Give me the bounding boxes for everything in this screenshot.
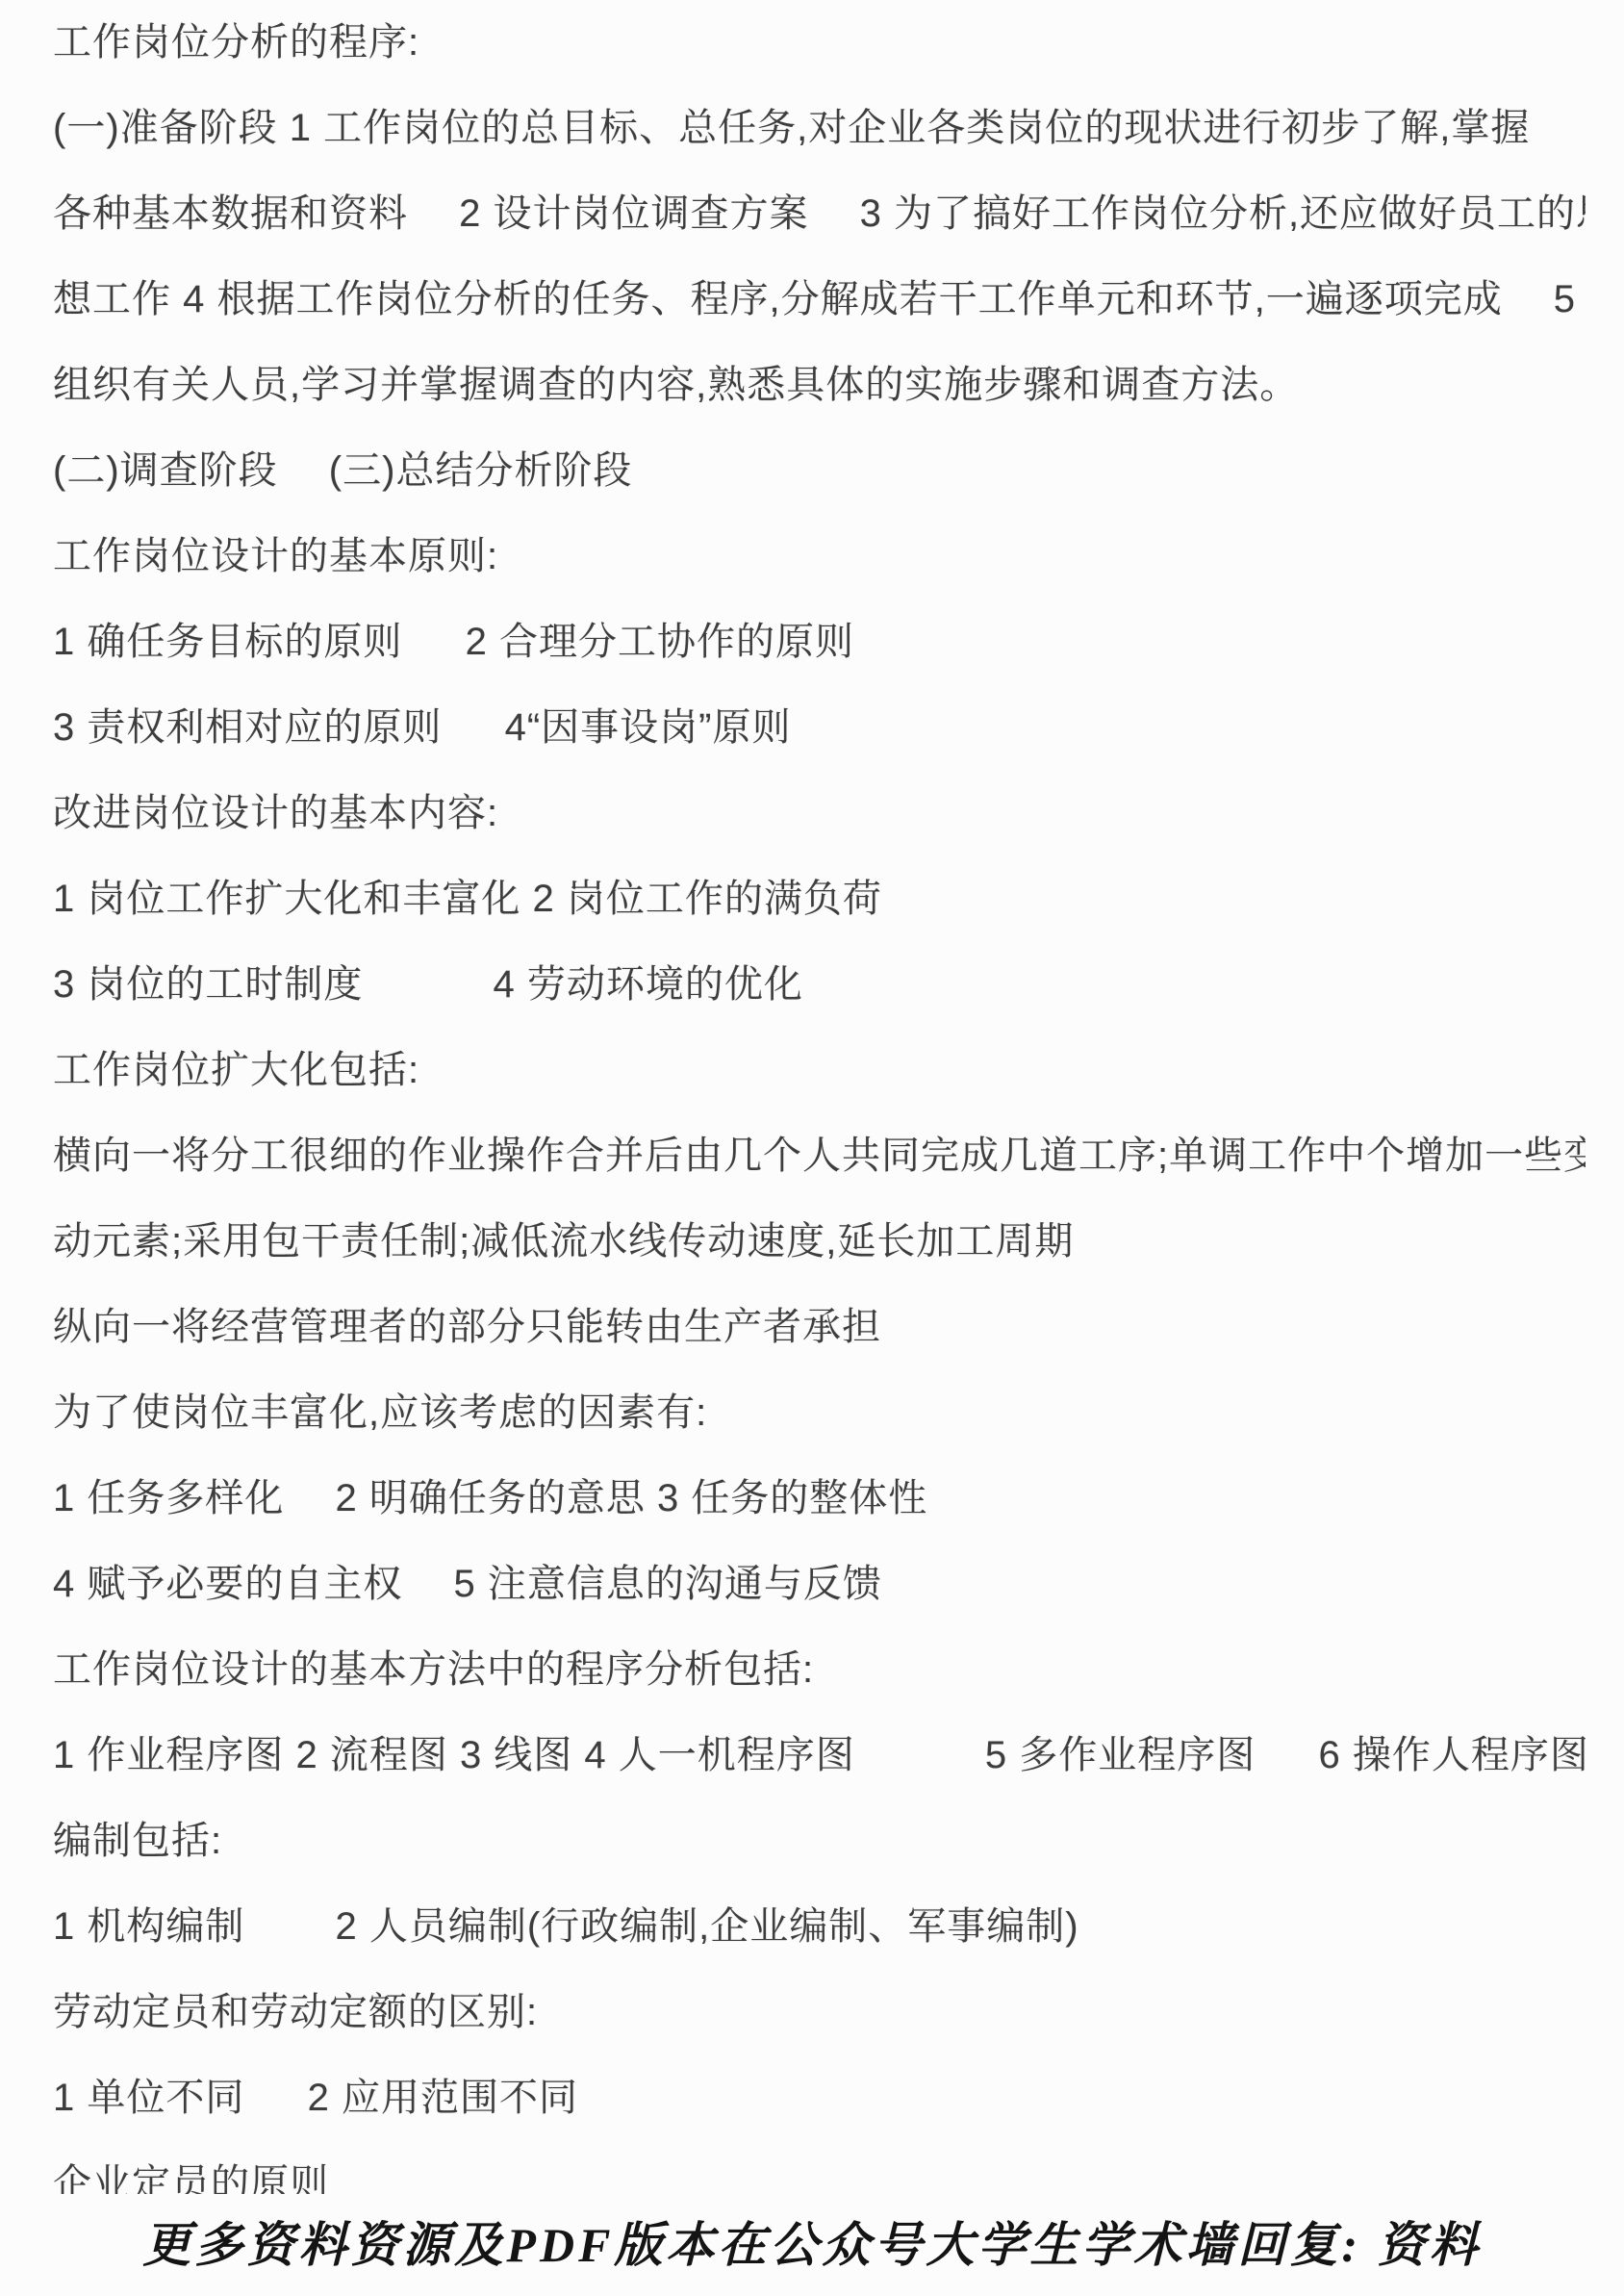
text-line: (二)调查阶段 (三)总结分析阶段 <box>53 428 1586 514</box>
text-line: 3 责权利相对应的原则 4“因事设岗”原则 <box>53 685 1586 771</box>
text-line: 各种基本数据和资料 2 设计岗位调查方案 3 为了搞好工作岗位分析,还应做好员工… <box>53 171 1586 257</box>
text-line: 工作岗位扩大化包括: <box>53 1028 1586 1113</box>
text-line: 企业定员的原则 <box>53 2141 1586 2194</box>
text-line: 动元素;采用包干责任制;减低流水线传动速度,延长加工周期 <box>53 1199 1586 1285</box>
text-line: 4 赋予必要的自主权 5 注意信息的沟通与反馈 <box>53 1542 1586 1627</box>
text-line: 工作岗位设计的基本原则: <box>53 514 1586 600</box>
text-line: 工作岗位分析的程序: <box>53 0 1586 86</box>
text-line: 3 岗位的工时制度 4 劳动环境的优化 <box>53 942 1586 1028</box>
text-line: 1 确任务目标的原则 2 合理分工协作的原则 <box>53 600 1586 685</box>
text-line: 1 单位不同 2 应用范围不同 <box>53 2055 1586 2141</box>
footer-promo-text: 更多资料资源及PDF版本在公众号大学生学术墙回复: 资料 <box>0 2194 1624 2296</box>
text-line: 横向一将分工很细的作业操作合并后由几个人共同完成几道工序;单调工作中个增加一些变 <box>53 1113 1586 1199</box>
text-line: 1 岗位工作扩大化和丰富化 2 岗位工作的满负荷 <box>53 856 1586 942</box>
text-line: 1 任务多样化 2 明确任务的意思 3 任务的整体性 <box>53 1456 1586 1542</box>
text-line: 劳动定员和劳动定额的区别: <box>53 1970 1586 2055</box>
document-page: 工作岗位分析的程序:(一)准备阶段 1 工作岗位的总目标、总任务,对企业各类岗位… <box>0 0 1624 2296</box>
text-line: 纵向一将经营管理者的部分只能转由生产者承担 <box>53 1285 1586 1370</box>
text-line: 组织有关人员,学习并掌握调查的内容,熟悉具体的实施步骤和调查方法。 <box>53 343 1586 428</box>
text-line: 工作岗位设计的基本方法中的程序分析包括: <box>53 1627 1586 1713</box>
document-body: 工作岗位分析的程序:(一)准备阶段 1 工作岗位的总目标、总任务,对企业各类岗位… <box>0 0 1624 2194</box>
text-line: 1 作业程序图 2 流程图 3 线图 4 人一机程序图 5 多作业程序图 6 操… <box>53 1713 1586 1799</box>
text-line: 改进岗位设计的基本内容: <box>53 771 1586 856</box>
text-line: 为了使岗位丰富化,应该考虑的因素有: <box>53 1370 1586 1456</box>
text-line: 编制包括: <box>53 1799 1586 1884</box>
text-line: 1 机构编制 2 人员编制(行政编制,企业编制、军事编制) <box>53 1884 1586 1970</box>
text-line: (一)准备阶段 1 工作岗位的总目标、总任务,对企业各类岗位的现状进行初步了解,… <box>53 86 1586 171</box>
text-line: 想工作 4 根据工作岗位分析的任务、程序,分解成若干工作单元和环节,一遍逐项完成… <box>53 257 1586 343</box>
